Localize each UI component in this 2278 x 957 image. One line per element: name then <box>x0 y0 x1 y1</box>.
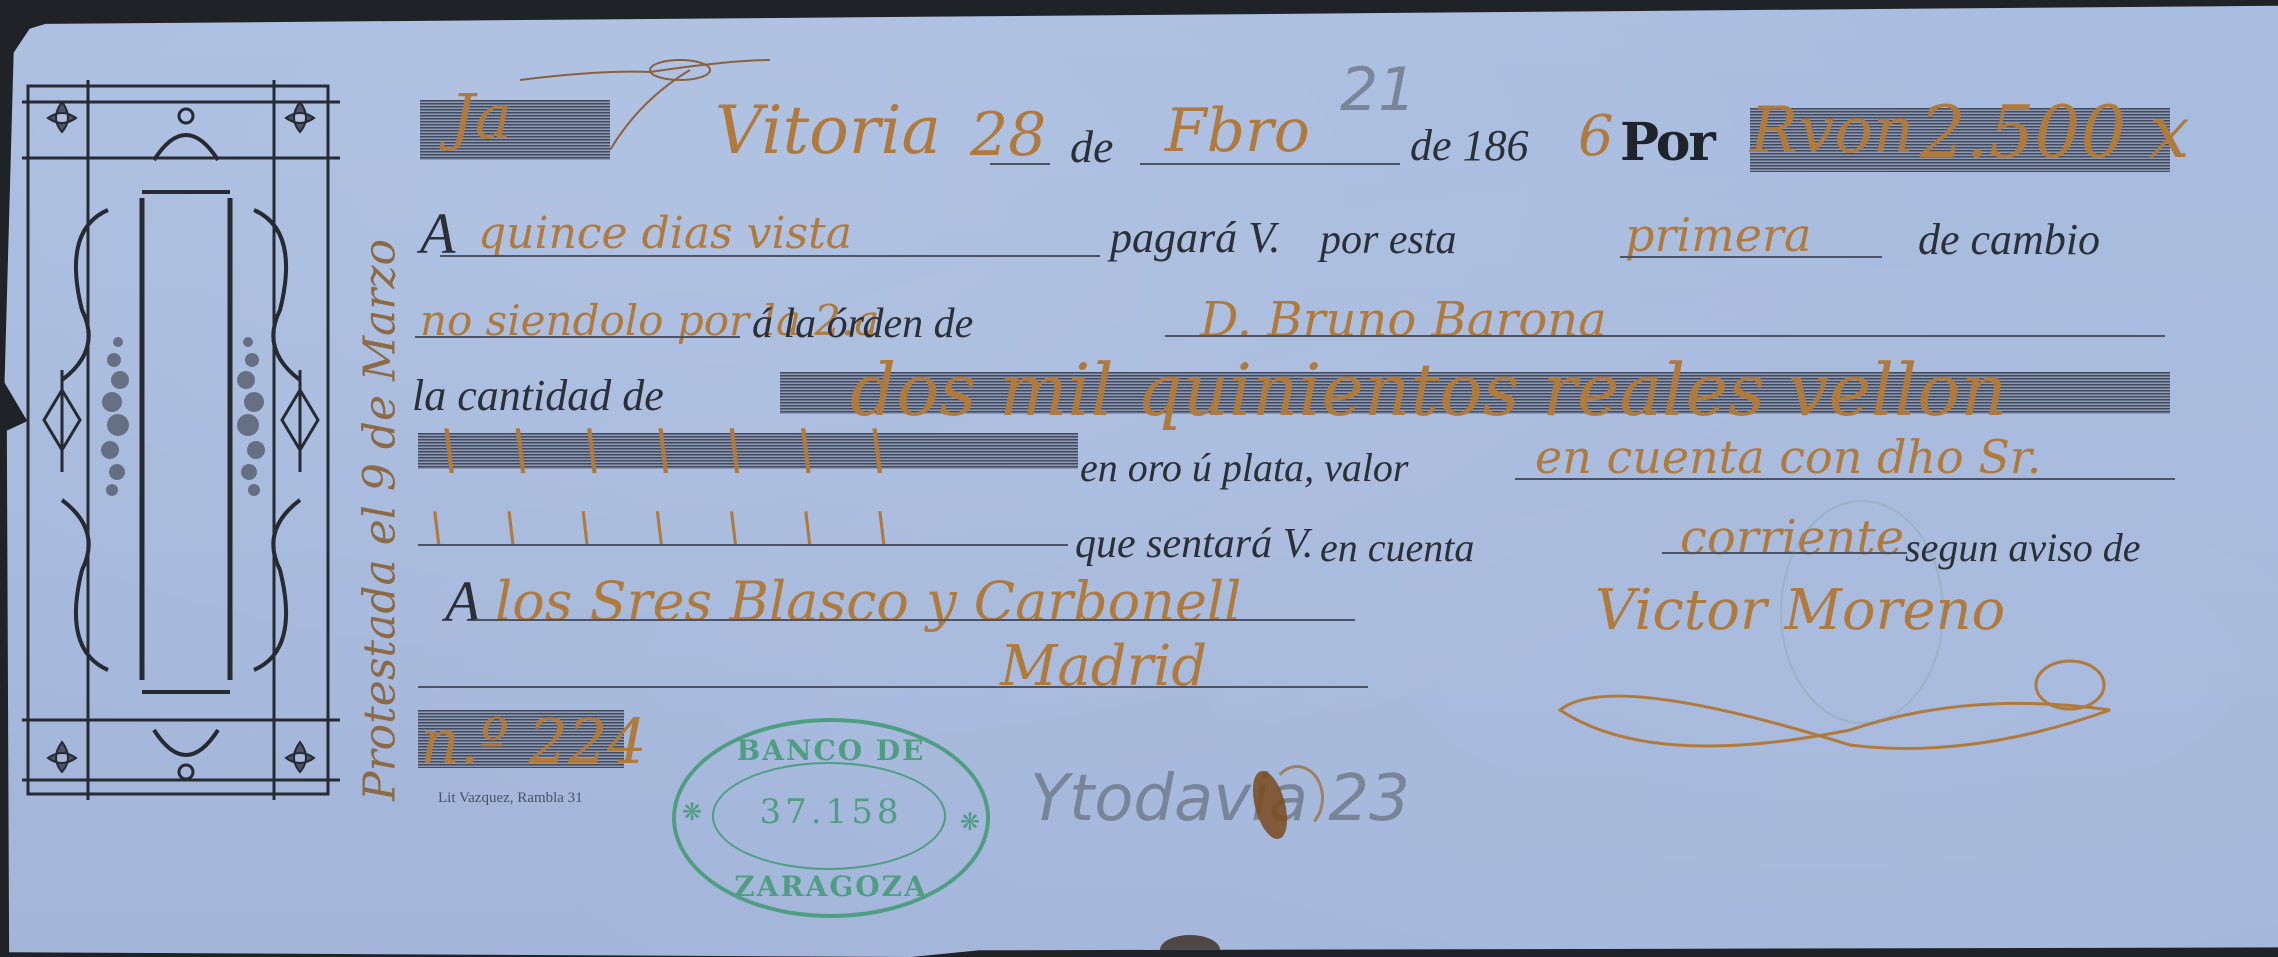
bill-of-exchange: Protestada el 9 de Marzo Ja Vitoria 28 d… <box>0 0 2278 957</box>
month-field: Fbro <box>1165 96 1310 166</box>
place-field: Vitoria <box>715 92 941 169</box>
stamp-number: 37.158 <box>676 792 986 832</box>
a-la-orden-label: á la órden de <box>752 300 973 348</box>
en-oro-label: en oro ú plata, valor <box>1080 444 1409 491</box>
ornamental-frame-icon <box>22 80 340 800</box>
condition-underline <box>415 336 740 338</box>
addressee-underline <box>475 619 1355 621</box>
protest-margin-note: Protestada el 9 de Marzo <box>355 239 406 801</box>
day-underline <box>990 163 1050 165</box>
copy-field: primera <box>1625 208 1811 262</box>
addressee-city: Madrid <box>1000 634 1207 699</box>
pencil-note-top: 21 <box>1340 55 1416 125</box>
ink-stain-arc <box>1270 765 1324 831</box>
amount-words-field: dos mil quinientos reales vellon <box>850 348 2007 432</box>
filler-strokes-1: \ \ \ \ \ \ \ <box>440 418 904 481</box>
pagara-label: pagará V. <box>1110 212 1280 263</box>
tear-mark <box>1160 935 1220 957</box>
bill-number: n.º 224 <box>420 705 647 778</box>
day-field: 28 <box>970 100 1046 170</box>
faint-watermark <box>1780 500 1944 724</box>
stamp-bottom-text: ZARAGOZA <box>676 870 986 903</box>
printer-imprint: Lit Vazquez, Rambla 31 <box>438 790 583 807</box>
stamp-top-text: BANCO DE <box>676 734 986 767</box>
city-underline <box>418 686 1368 688</box>
en-cuenta-label: en cuenta <box>1320 524 1474 571</box>
stamp-ornament-right-icon: ❋ <box>960 808 980 837</box>
de-cambio-label: de cambio <box>1918 214 2100 265</box>
payee-underline <box>1165 335 2165 337</box>
year-suffix-field: 6 <box>1578 104 1614 169</box>
payee-field: D. Bruno Barona <box>1200 292 1607 348</box>
que-sentara-label: que sentará V. <box>1075 520 1313 568</box>
por-label: Por <box>1620 112 1714 173</box>
stamp-ornament-left-icon: ❋ <box>682 798 702 827</box>
copy-underline <box>1620 256 1882 258</box>
series-label: Ja <box>450 80 512 153</box>
filler-underline-2 <box>418 544 1068 546</box>
value-field: en cuenta con dho Sr. <box>1535 430 2041 484</box>
term-field: quince dias vista <box>478 208 852 259</box>
pencil-note-bottom: Ytodavia 23 <box>1030 762 1410 836</box>
por-esta-label: por esta <box>1320 216 1457 264</box>
segun-aviso-label: segun aviso de <box>1905 524 2141 571</box>
de-label-1: de <box>1070 120 1113 173</box>
term-underline <box>440 255 1100 257</box>
year-prefix-label: de 186 <box>1410 120 1529 171</box>
cantidad-label: la cantidad de <box>412 370 664 421</box>
addressee-name: los Sres Blasco y Carbonell <box>495 570 1241 633</box>
protest-note-text: Protestada el 9 de Marzo <box>355 239 406 801</box>
currency-field: Rvon <box>1750 94 1914 168</box>
month-underline <box>1140 163 1400 165</box>
value-underline <box>1515 478 2175 480</box>
addressee-prefix: A <box>445 568 480 635</box>
amount-field: 2.500 x <box>1920 90 2190 174</box>
bank-stamp: BANCO DE 37.158 ZARAGOZA ❋ ❋ <box>672 718 990 918</box>
